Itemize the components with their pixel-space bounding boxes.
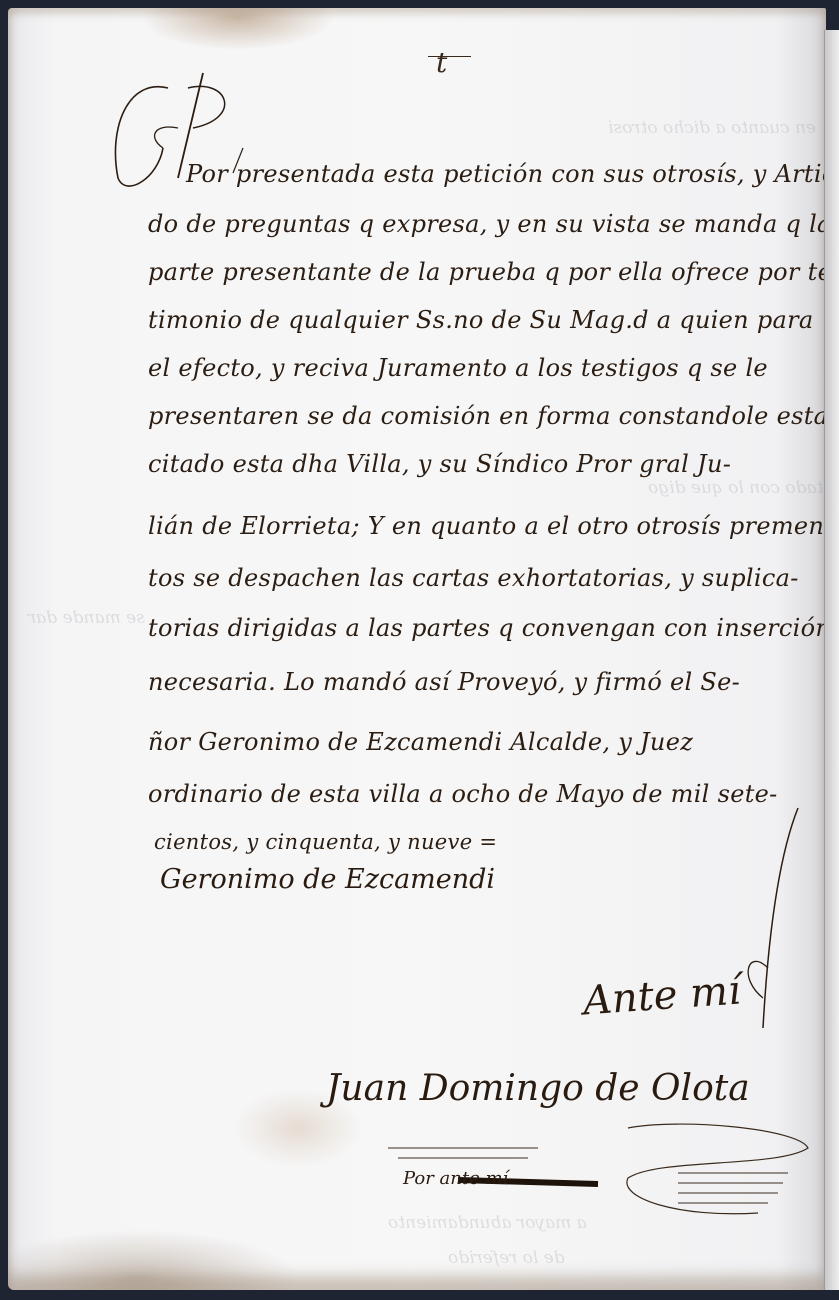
adjacent-page-edge: [824, 30, 839, 1290]
manuscript-line: ñor Geronimo de Ezcamendi Alcalde, y Jue…: [148, 728, 693, 756]
bleed-through-text: se mande dar: [28, 608, 145, 628]
manuscript-page: en cuanto a dicho otrosi presentado con …: [8, 8, 826, 1290]
bleed-through-text: de lo referido: [448, 1248, 565, 1268]
bleed-through-text: presentado con lo que digo: [648, 478, 839, 498]
manuscript-line: necesaria. Lo mandó así Proveyó, y firmó…: [148, 668, 740, 696]
manuscript-line: lián de Elorrieta; Y en quanto a el otro…: [148, 512, 833, 540]
manuscript-line: torias dirigidas a las partes q convenga…: [148, 614, 831, 642]
manuscript-line: Por presentada esta petición con sus otr…: [186, 160, 839, 188]
manuscript-line: do de preguntas q expresa, y en su vista…: [148, 210, 832, 238]
manuscript-line: el efecto, y reciva Juramento a los test…: [148, 354, 768, 382]
signature-alcalde: Geronimo de Ezcamendi: [160, 864, 495, 895]
manuscript-line: parte presentante de la prueba q por ell…: [148, 258, 839, 286]
bleed-through-text: en cuanto a dicho otrosi: [608, 118, 816, 138]
folio-mark: t: [436, 46, 447, 79]
signature-escribano: Juan Domingo de Olota: [326, 1068, 750, 1109]
signature-flourish: [708, 798, 808, 1038]
manuscript-line: presentaren se da comisión en forma cons…: [148, 402, 839, 430]
manuscript-line: tos se despachen las cartas exhortatoria…: [148, 564, 799, 592]
rubric-text: Por ante mí: [403, 1168, 508, 1189]
manuscript-line: ordinario de esta villa a ocho de Mayo d…: [148, 780, 778, 808]
manuscript-line: cientos, y cinquenta, y nueve =: [154, 830, 497, 854]
manuscript-line: timonio de qualquier Ss.no de Su Mag.d a…: [148, 306, 814, 334]
manuscript-line: citado esta dha Villa, y su Síndico Pror…: [148, 450, 731, 478]
